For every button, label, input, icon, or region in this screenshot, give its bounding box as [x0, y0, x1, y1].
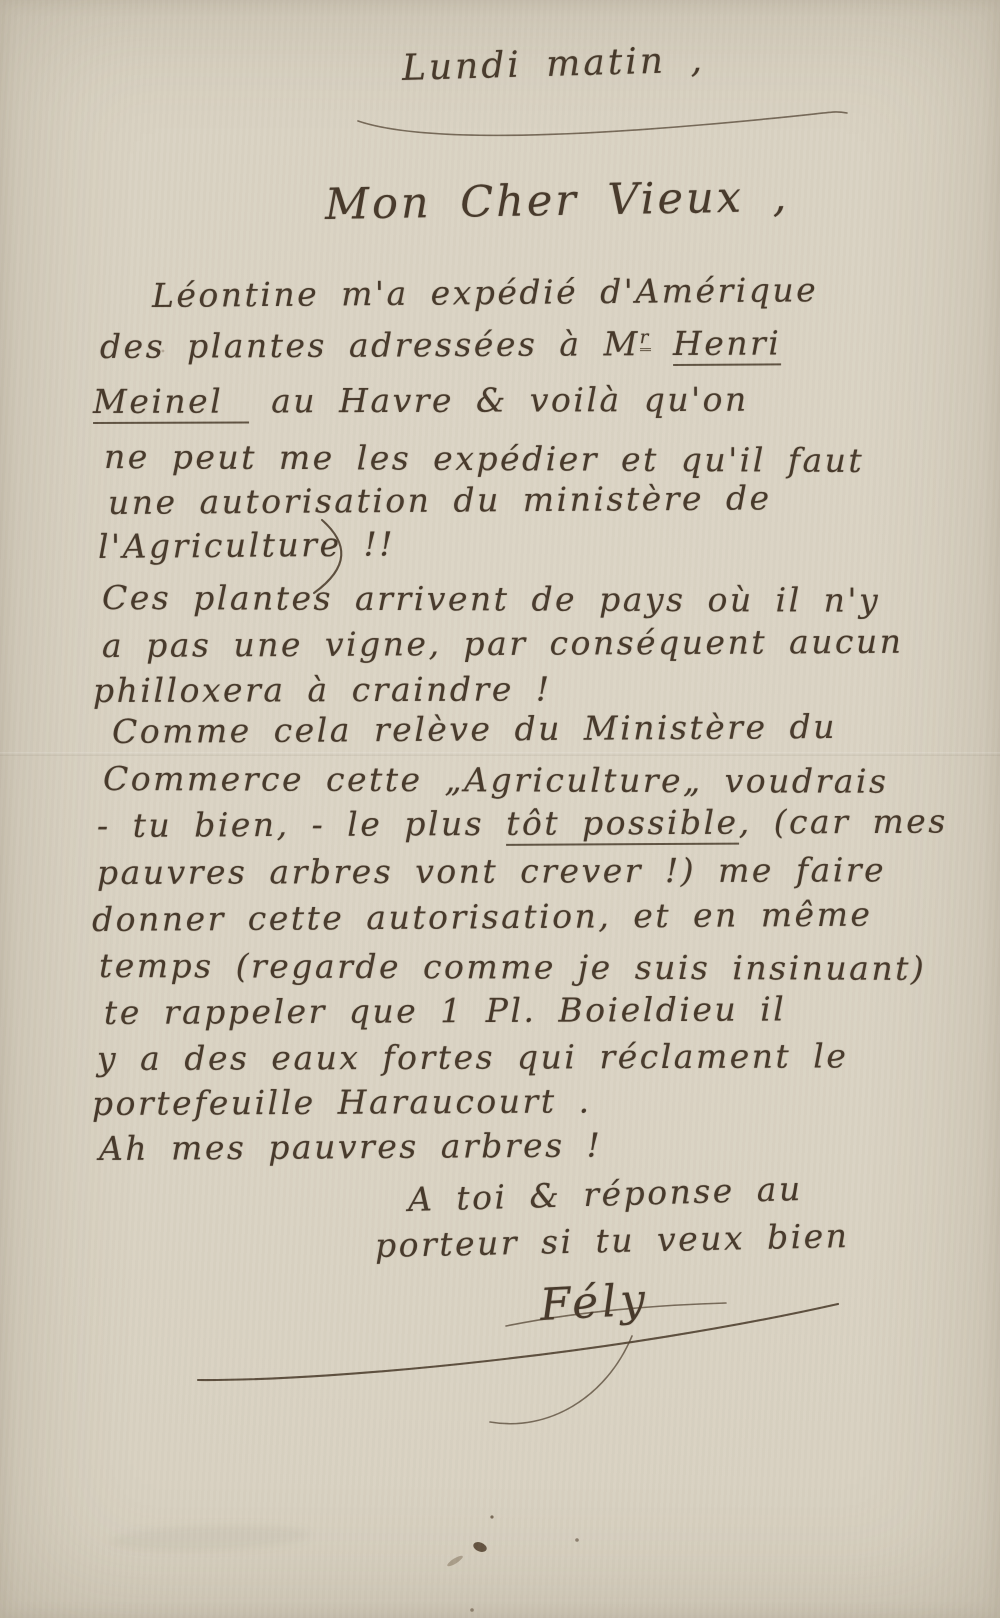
letter-line-text: - tu bien, - le plus — [97, 804, 506, 845]
letter-line: - tu bien, - le plus tôt possible, (car … — [97, 802, 948, 845]
signature-underline-stroke — [198, 1304, 838, 1380]
letter-line-text: des plantes adressées à M — [100, 324, 640, 366]
letter-line: Commerce cette „Agriculture„ voudrais — [103, 759, 889, 801]
salutation: Mon Cher Vieux , — [325, 172, 790, 230]
signature-tail-stroke — [490, 1336, 632, 1424]
letter-line: pauvres arbres vont crever !) me faire — [97, 850, 886, 892]
letter-line: philloxera à craindre ! — [93, 669, 552, 710]
ink-speck — [490, 1515, 493, 1518]
pencil-smudge — [110, 1522, 311, 1555]
letter-line: temps (regarde comme je suis insinuant) — [99, 946, 926, 988]
letter-line: donner cette autorisation, et en même — [92, 895, 873, 939]
letter-line-text: au Havre & voilà qu'on — [249, 380, 749, 421]
underlined-phrase: tôt possible — [506, 803, 739, 846]
spacer — [651, 324, 673, 363]
ink-speck — [470, 1608, 474, 1612]
letter-line-text: , (car mes — [739, 802, 948, 842]
letter-line: te rappeler que 1 Pl. Boieldieu il — [104, 989, 786, 1032]
letter-line: Meinel au Havre & voilà qu'on — [93, 380, 749, 421]
letter-line: a pas une vigne, par conséquent aucun — [102, 622, 904, 665]
letter-line: une autorisation du ministère de — [108, 478, 772, 522]
closing-line: porteur si tu veux bien — [375, 1216, 850, 1265]
letter-page: Lundi matin , Mon Cher Vieux , Léontine … — [0, 0, 1000, 1618]
letter-line: l'Agriculture !! — [98, 524, 395, 566]
letter-line: des plantes adressées à Mr Henri — [100, 323, 782, 366]
letter-line: Comme cela relève du Ministère du — [112, 707, 837, 751]
letter-line: ne peut me les expédier et qu'il faut — [104, 437, 864, 480]
dateline-flourish-stroke — [358, 112, 847, 135]
letter-line: y a des eaux fortes qui réclament le — [97, 1036, 848, 1078]
ink-blot — [472, 1540, 488, 1554]
underlined-name: Henri — [673, 323, 782, 366]
paper-fold-crease — [0, 752, 1000, 756]
underlined-name: Meinel — [93, 381, 249, 424]
ink-smear — [446, 1554, 464, 1568]
superscript-abbreviation: r — [640, 327, 651, 351]
closing-line: A toi & réponse au — [407, 1169, 803, 1219]
ink-speck — [575, 1538, 579, 1542]
letter-line: portefeuille Haraucourt . — [92, 1081, 592, 1123]
letter-line: Ah mes pauvres arbres ! — [99, 1125, 603, 1168]
dateline: Lundi matin , — [401, 40, 705, 89]
letter-line: Ces plantes arrivent de pays où il n'y — [102, 578, 880, 620]
signature: Fély — [539, 1274, 651, 1331]
letter-line: Léontine m'a expédié d'Amérique — [152, 270, 819, 315]
